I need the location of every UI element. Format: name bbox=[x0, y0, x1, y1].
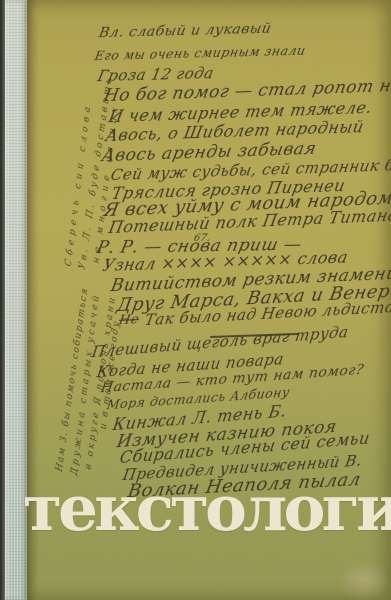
manuscript-line: Вл. слабый и лукавый bbox=[97, 20, 273, 41]
manuscript-line: Его мы очень смирным знали bbox=[93, 42, 307, 63]
book-title: текстология bbox=[23, 477, 391, 540]
book-cover: Вл. слабый и лукавыйЕго мы очень смирным… bbox=[0, 0, 391, 600]
worn-spot bbox=[329, 554, 391, 600]
